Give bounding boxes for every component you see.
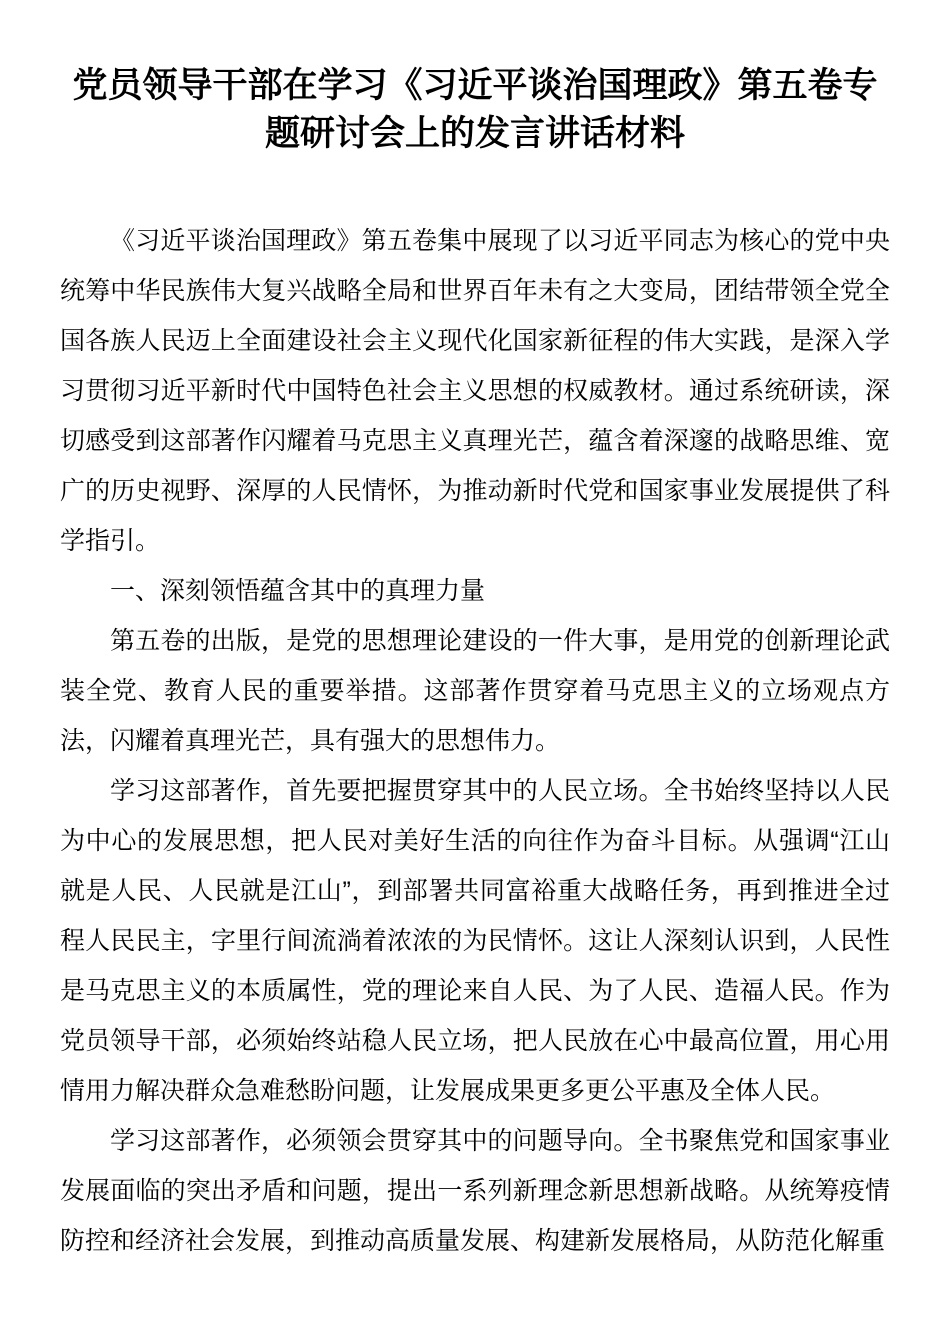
body-paragraph: 《习近平谈治国理政》第五卷集中展现了以习近平同志为核心的党中央统筹中华民族伟大复… xyxy=(60,216,890,566)
document-body: 《习近平谈治国理政》第五卷集中展现了以习近平同志为核心的党中央统筹中华民族伟大复… xyxy=(60,216,890,1266)
body-paragraph: 学习这部著作，必须领会贯穿其中的问题导向。全书聚焦党和国家事业发展面临的突出矛盾… xyxy=(60,1116,890,1266)
section-heading: 一、深刻领悟蕴含其中的真理力量 xyxy=(60,566,890,616)
document-page: 党员领导干部在学习《习近平谈治国理政》第五卷专题研讨会上的发言讲话材料 《习近平… xyxy=(0,0,950,1344)
body-paragraph: 学习这部著作，首先要把握贯穿其中的人民立场。全书始终坚持以人民为中心的发展思想，… xyxy=(60,766,890,1116)
document-title: 党员领导干部在学习《习近平谈治国理政》第五卷专题研讨会上的发言讲话材料 xyxy=(60,62,890,158)
body-paragraph: 第五卷的出版，是党的思想理论建设的一件大事，是用党的创新理论武装全党、教育人民的… xyxy=(60,616,890,766)
